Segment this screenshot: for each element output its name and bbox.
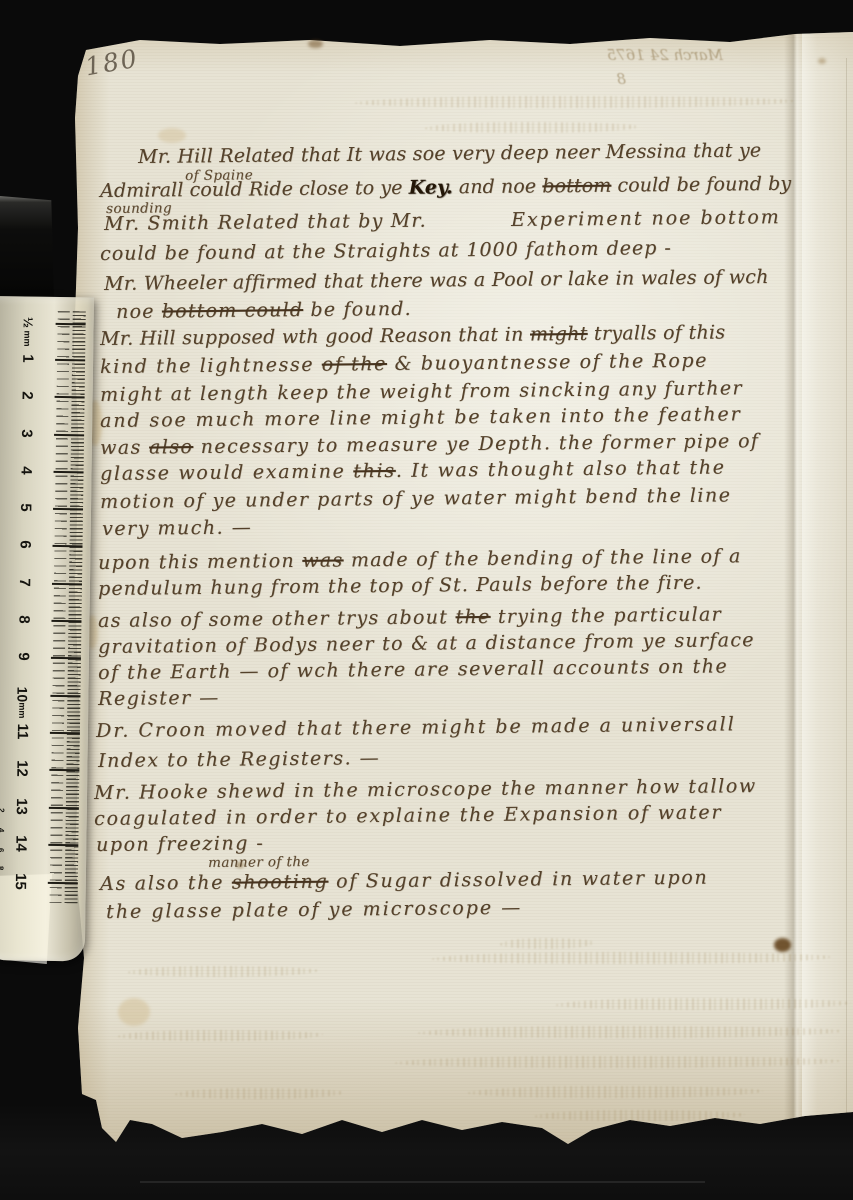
manuscript-line: the glasse plate of ye microscope — <box>106 897 522 923</box>
manuscript-line: Register — <box>98 687 220 710</box>
manuscript-line: was also necessary to measure ye Depth. … <box>100 430 759 459</box>
handwriting-layer: Mr. Hill Related that It was soe very de… <box>0 0 853 1200</box>
manuscript-line: pendulum hung from the top of St. Pauls … <box>98 572 703 600</box>
manuscript-line: as also of some other trys about the try… <box>98 603 722 632</box>
manuscript-line: manner of the <box>208 854 310 871</box>
manuscript-line: Mr. Wheeler affirmed that there was a Po… <box>104 266 769 295</box>
manuscript-line: Mr. Hooke shewd in the microscope the ma… <box>94 775 757 804</box>
manuscript-line: upon this mention was made of the bendin… <box>98 545 742 574</box>
manuscript-line: coagulated in order to explaine the Expa… <box>94 801 722 830</box>
mat-edge-line <box>140 1181 705 1183</box>
manuscript-photograph: March 24 16758 180 Mr. Hill Related that… <box>0 0 853 1200</box>
manuscript-line: noe bottom could be found. <box>116 298 412 323</box>
manuscript-line: Mr. Smith Related that by Mr. <box>104 210 427 235</box>
manuscript-line: Experiment noe bottom <box>511 206 781 231</box>
manuscript-line: kind the lightnesse of the & buoyantness… <box>100 350 708 378</box>
manuscript-line: of the Earth — of wch there are severall… <box>98 655 728 684</box>
manuscript-line: gravitation of Bodys neer to & at a dist… <box>98 629 755 658</box>
manuscript-line: Mr. Hill Related that It was soe very de… <box>138 139 761 168</box>
manuscript-line: Mr. Hill supposed wth good Reason that i… <box>100 321 726 350</box>
manuscript-line: very much. — <box>102 516 252 540</box>
manuscript-line: Dr. Croon moved that there might be made… <box>96 713 736 742</box>
manuscript-line: As also the shooting of Sugar dissolved … <box>100 867 708 895</box>
manuscript-line: and soe much more line might be taken in… <box>100 403 742 432</box>
manuscript-line: could be found at the Straights at 1000 … <box>100 237 672 265</box>
manuscript-line: upon freezing - <box>96 832 264 856</box>
manuscript-line: motion of ye under parts of ye water mig… <box>100 484 732 513</box>
manuscript-line: glasse would examine this. It was though… <box>100 456 726 485</box>
manuscript-line: Index to the Registers. — <box>98 747 380 772</box>
manuscript-line: might at length keep the weight from sin… <box>100 377 743 406</box>
